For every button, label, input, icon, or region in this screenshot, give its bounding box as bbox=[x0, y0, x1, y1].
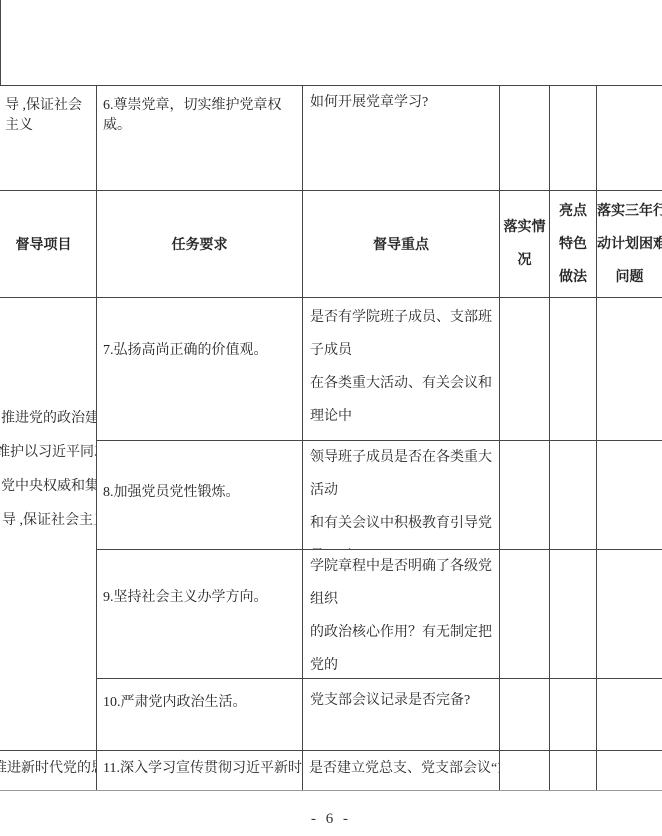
focus-row7-line2: 在各类重大活动、有关会议和理论中 bbox=[310, 367, 497, 433]
focus-row6: 如何开展党章学习? bbox=[303, 86, 499, 119]
task-row10: 10.严肃党内政治生活。 bbox=[97, 679, 302, 711]
table-cell-difficulty-row7 bbox=[597, 297, 662, 440]
header-difficulty: 落实三年行 动计划困难 问题 bbox=[597, 190, 662, 297]
task-row6: 6.尊崇党章，切实维护党章权威。 bbox=[97, 86, 302, 134]
table-cell-status-row6 bbox=[500, 85, 550, 190]
table-cell-task-row6: 6.尊崇党章，切实维护党章权威。 bbox=[97, 85, 303, 190]
table-cell-status-row10 bbox=[500, 678, 550, 750]
table-cell-focus-row8: 领导班子成员是否在各类重大活动 和有关会议中积极教育引导党员、干 部牢记党的宗旨… bbox=[303, 440, 500, 549]
table-cell-task-row10: 10.严肃党内政治生活。 bbox=[97, 678, 303, 750]
header-difficulty-line1: 落实三年行 bbox=[597, 195, 662, 228]
table-cell-status-row11 bbox=[500, 750, 550, 790]
focus-row9-line1: 学院章程中是否明确了各级党组织 bbox=[310, 550, 497, 616]
table-cell-focus-row7: 是否有学院班子成员、支部班子成员 在各类重大活动、有关会议和理论中 心组学习中积… bbox=[303, 297, 500, 440]
table-cell-difficulty-row10 bbox=[597, 678, 662, 750]
focus-row10-line1: 党支部会议记录是否完备? bbox=[310, 684, 497, 717]
project-fragment-line1: 推进党的政治建 bbox=[1, 402, 96, 436]
task-row11: 11.深入学习宣传贯彻习近平新时代中 bbox=[97, 751, 302, 777]
table-cell-task-row7: 7.弘扬高尚正确的价值观。 bbox=[97, 297, 303, 440]
focus-row11: 是否建立党总支、党支部会议“第一 bbox=[303, 751, 499, 777]
header-task: 任务要求 bbox=[97, 190, 303, 297]
header-project: 督导项目 bbox=[0, 190, 97, 297]
project-fragment-line3: 党中央权威和集 bbox=[1, 470, 96, 504]
header-highlight: 亮点 特色 做法 bbox=[550, 190, 597, 297]
table-cell-project-row6: 导 ,保证社会主义 bbox=[0, 85, 97, 190]
table-cell-focus-row9: 学院章程中是否明确了各级党组织 的政治核心作用？有无制定把党的 领导贯彻教学、科… bbox=[303, 549, 500, 678]
table-cell-highlight-row7 bbox=[550, 297, 597, 440]
header-status-line2: 况 bbox=[500, 244, 549, 277]
header-highlight-line3: 做法 bbox=[550, 261, 596, 294]
task-row9: 9.坚持社会主义办学方向。 bbox=[97, 550, 302, 606]
page-break-cut-line bbox=[0, 790, 662, 791]
header-status: 落实情 况 bbox=[500, 190, 550, 297]
document-page: 导 ,保证社会主义 6.尊崇党章，切实维护党章权威。 如何开展党章学习? 督导项… bbox=[0, 0, 662, 836]
table-cell-highlight-row9 bbox=[550, 549, 597, 678]
table-cell-task-row9: 9.坚持社会主义办学方向。 bbox=[97, 549, 303, 678]
table-cell-task-row8: 8.加强党员党性锻炼。 bbox=[97, 440, 303, 549]
header-focus: 督导重点 bbox=[303, 190, 500, 297]
project-fragment-row6: 导 ,保证社会主义 bbox=[0, 86, 96, 134]
table-left-border-segment bbox=[0, 0, 1, 85]
table-cell-focus-row11: 是否建立党总支、党支部会议“第一 bbox=[303, 750, 500, 790]
project-fragment-line2: 维护以习近平同志 bbox=[0, 436, 96, 470]
focus-row8-line1: 领导班子成员是否在各类重大活动 bbox=[310, 441, 497, 507]
table-cell-status-row8 bbox=[500, 440, 550, 549]
project-fragment-line4: 导 ,保证社会主义 bbox=[2, 504, 96, 538]
table-cell-highlight-row6 bbox=[550, 85, 597, 190]
table-cell-difficulty-row11 bbox=[597, 750, 662, 790]
header-task-label: 任务要求 bbox=[172, 234, 228, 254]
table-cell-status-row7 bbox=[500, 297, 550, 440]
header-project-label: 督导项目 bbox=[16, 234, 72, 254]
header-highlight-line2: 特色 bbox=[550, 228, 596, 261]
table-cell-task-row11: 11.深入学习宣传贯彻习近平新时代中 bbox=[97, 750, 303, 790]
table-cell-difficulty-row6 bbox=[597, 85, 662, 190]
table-cell-status-row9 bbox=[500, 549, 550, 678]
header-difficulty-line3: 问题 bbox=[597, 261, 662, 294]
project-fragment-row11: 推进新时代党的思 bbox=[0, 751, 96, 777]
table-cell-highlight-row11 bbox=[550, 750, 597, 790]
header-highlight-line1: 亮点 bbox=[550, 195, 596, 228]
table-cell-difficulty-row9 bbox=[597, 549, 662, 678]
header-focus-label: 督导重点 bbox=[373, 234, 429, 254]
page-number: - 6 - bbox=[0, 811, 662, 828]
task-row8: 8.加强党员党性锻炼。 bbox=[97, 441, 302, 501]
table-cell-difficulty-row8 bbox=[597, 440, 662, 549]
table-cell-highlight-row8 bbox=[550, 440, 597, 549]
header-difficulty-line2: 动计划困难 bbox=[597, 228, 662, 261]
table-cell-project-merged: 推进党的政治建 维护以习近平同志 党中央权威和集 导 ,保证社会主义 bbox=[0, 297, 97, 750]
task-row7: 7.弘扬高尚正确的价值观。 bbox=[97, 298, 302, 359]
header-status-line1: 落实情 bbox=[500, 211, 549, 244]
table-cell-project-row11: 推进新时代党的思 bbox=[0, 750, 97, 790]
table-cell-focus-row6: 如何开展党章学习? bbox=[303, 85, 500, 190]
focus-row7-line1: 是否有学院班子成员、支部班子成员 bbox=[310, 301, 497, 367]
table-cell-highlight-row10 bbox=[550, 678, 597, 750]
focus-row9-line2: 的政治核心作用？有无制定把党的 bbox=[310, 616, 497, 682]
table-cell-focus-row10: 党支部会议记录是否完备? bbox=[303, 678, 500, 750]
